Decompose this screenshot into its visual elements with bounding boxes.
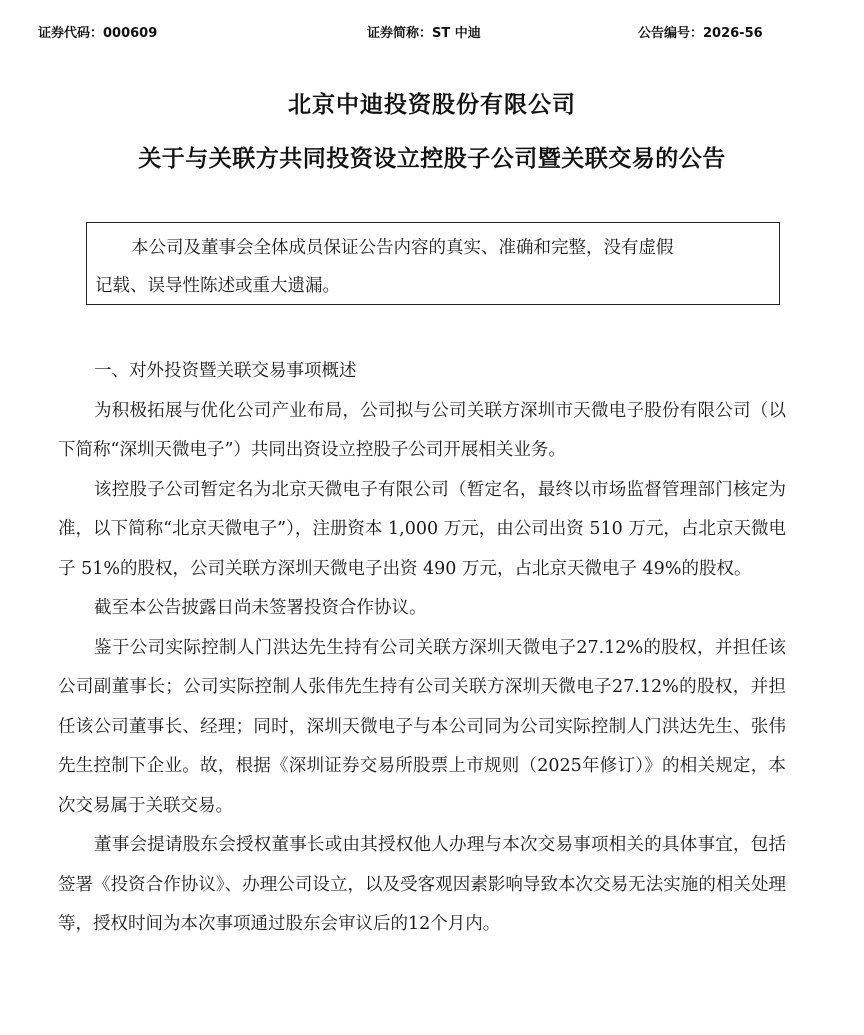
announcement-subject-title: 关于与关联方共同投资设立控股子公司暨关联交易的公告 — [0, 140, 864, 173]
paragraph-authorization: 董事会提请股东会授权董事长或由其授权他人办理与本次交易事项相关的具体事宜，包括签… — [58, 826, 786, 945]
disclaimer-line-1: 本公司及董事会全体成员保证公告内容的真实、准确和完整，没有虚假 — [95, 229, 771, 267]
document-header: 证券代码：000609 证券简称：ST 中迪 公告编号：2026-56 — [0, 22, 864, 44]
announcement-body: 一、对外投资暨关联交易事项概述 为积极拓展与优化公司产业布局，公司拟与公司关联方… — [58, 352, 786, 945]
paragraph-related-party: 鉴于公司实际控制人门洪达先生持有公司关联方深圳天微电子27.12%的股权，并担任… — [58, 629, 786, 827]
announcement-number: 公告编号：2026-56 — [638, 22, 763, 41]
disclaimer-line-2: 记载、误导性陈述或重大遗漏。 — [95, 267, 771, 305]
paragraph-subsidiary-details: 该控股子公司暂定名为北京天微电子有限公司（暂定名，最终以市场监督管理部门核定为准… — [58, 471, 786, 590]
disclaimer-box: 本公司及董事会全体成员保证公告内容的真实、准确和完整，没有虚假 记载、误导性陈述… — [86, 222, 780, 305]
section-heading: 一、对外投资暨关联交易事项概述 — [58, 352, 786, 392]
security-code: 证券代码：000609 — [38, 22, 157, 41]
company-name-title: 北京中迪投资股份有限公司 — [0, 86, 864, 119]
paragraph-purpose: 为积极拓展与优化公司产业布局，公司拟与公司关联方深圳市天微电子股份有限公司（以下… — [58, 392, 786, 471]
security-abbreviation: 证券简称：ST 中迪 — [367, 22, 481, 41]
paragraph-agreement-status: 截至本公告披露日尚未签署投资合作协议。 — [58, 589, 786, 629]
